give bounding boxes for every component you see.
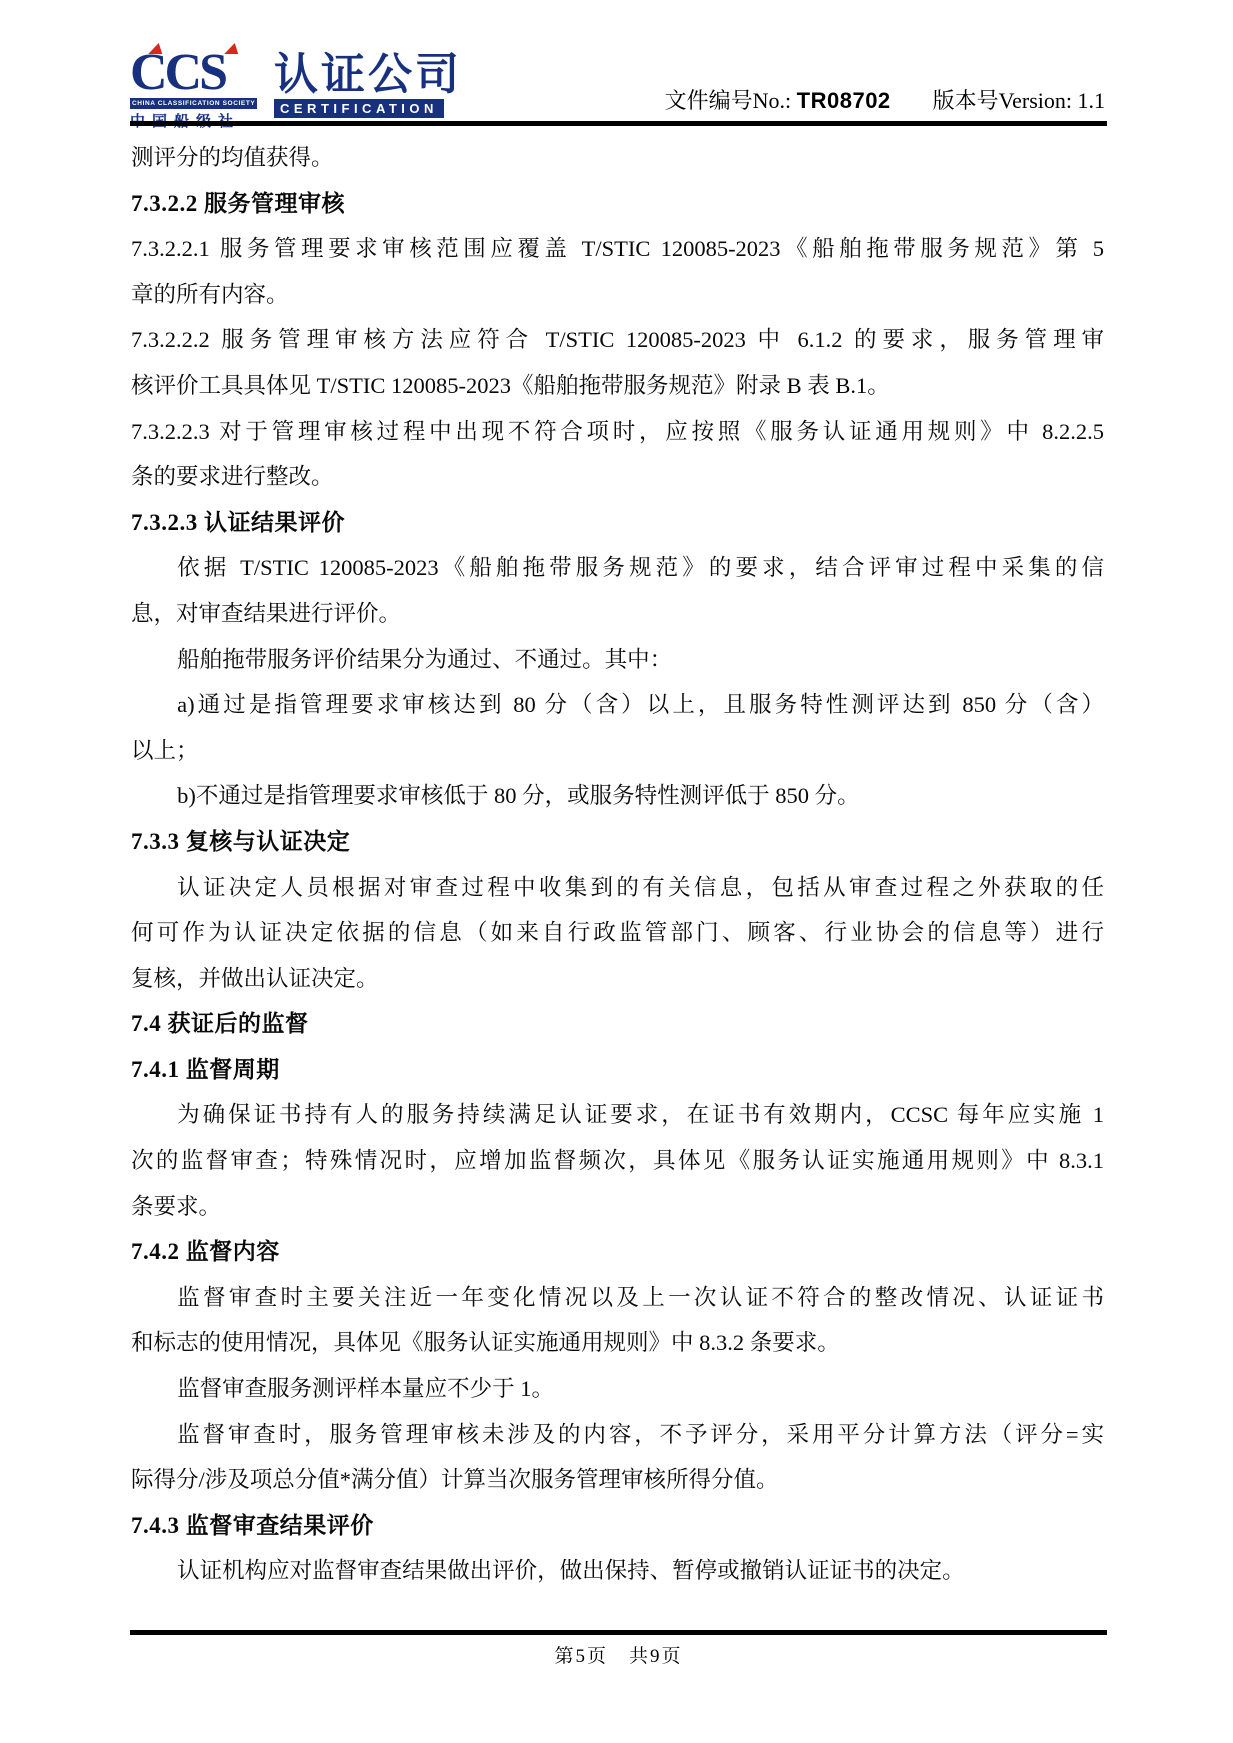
paragraph-line: b)不通过是指管理要求审核低于 80 分，或服务特性测评低于 850 分。	[131, 773, 1104, 819]
paragraph-line: a)通过是指管理要求审核达到 80 分（含）以上，且服务特性测评达到 850 分…	[131, 682, 1104, 728]
paragraph: 7.3.2.2.1 服务管理要求审核范围应覆盖 T/STIC 120085-20…	[131, 226, 1104, 317]
document-page: CCS CHINA CLASSIFICATION SOCIETY 中国船级社 认…	[0, 0, 1233, 1743]
ccs-society-block: CCS CHINA CLASSIFICATION SOCIETY 中国船级社	[130, 50, 260, 131]
version-value: 1.1	[1078, 88, 1106, 113]
doc-number-label: 文件编号No.:	[665, 88, 797, 113]
paragraph-line: 章的所有内容。	[131, 272, 1104, 318]
paragraph: 监督审查时，服务管理审核未涉及的内容，不予评分，采用平分计算方法（评分=实际得分…	[131, 1412, 1104, 1503]
heading-line: 7.3.2.2 服务管理审核	[131, 181, 1104, 227]
page-number: 第5页 共9页	[130, 1641, 1107, 1668]
section-heading: 7.3.3 复核与认证决定	[131, 819, 1104, 865]
paragraph: 监督审查服务测评样本量应不少于 1。	[131, 1366, 1104, 1412]
heading-line: 7.4.1 监督周期	[131, 1047, 1104, 1093]
paragraph-line: 核评价工具具体见 T/STIC 120085-2023《船舶拖带服务规范》附录 …	[131, 363, 1104, 409]
paragraph-line: 次的监督审查；特殊情况时，应增加监督频次，具体见《服务认证实施通用规则》中 8.…	[131, 1138, 1104, 1184]
certification-company-block: 认证公司 CERTIFICATION	[274, 54, 462, 118]
paragraph: a)通过是指管理要求审核达到 80 分（含）以上，且服务特性测评达到 850 分…	[131, 682, 1104, 773]
footer-rule	[130, 1630, 1107, 1635]
paragraph-line: 测评分的均值获得。	[131, 135, 1104, 181]
section-heading: 7.3.2.2 服务管理审核	[131, 181, 1104, 227]
paragraph-line: 船舶拖带服务评价结果分为通过、不通过。其中：	[131, 637, 1104, 683]
section-heading: 7.4 获证后的监督	[131, 1001, 1104, 1047]
heading-line: 7.3.3 复核与认证决定	[131, 819, 1104, 865]
document-body: 测评分的均值获得。7.3.2.2 服务管理审核7.3.2.2.1 服务管理要求审…	[131, 135, 1104, 1594]
paragraph-line: 和标志的使用情况，具体见《服务认证实施通用规则》中 8.3.2 条要求。	[131, 1320, 1104, 1366]
section-heading: 7.3.2.3 认证结果评价	[131, 500, 1104, 546]
ccs-acronym: CCS	[130, 50, 260, 96]
paragraph: 7.3.2.2.3 对于管理审核过程中出现不符合项时，应按照《服务认证通用规则》…	[131, 409, 1104, 500]
paragraph: 船舶拖带服务评价结果分为通过、不通过。其中：	[131, 637, 1104, 683]
heading-line: 7.4 获证后的监督	[131, 1001, 1104, 1047]
paragraph-line: 7.3.2.2.2 服务管理审核方法应符合 T/STIC 120085-2023…	[131, 317, 1104, 363]
paragraph: 认证机构应对监督审查结果做出评价，做出保持、暂停或撤销认证证书的决定。	[131, 1548, 1104, 1594]
paragraph-line: 为确保证书持有人的服务持续满足认证要求，在证书有效期内，CCSC 每年应实施 1	[131, 1092, 1104, 1138]
section-heading: 7.4.3 监督审查结果评价	[131, 1503, 1104, 1549]
paragraph-line: 认证机构应对监督审查结果做出评价，做出保持、暂停或撤销认证证书的决定。	[131, 1548, 1104, 1594]
section-heading: 7.4.1 监督周期	[131, 1047, 1104, 1093]
heading-line: 7.4.3 监督审查结果评价	[131, 1503, 1104, 1549]
paragraph-line: 何可作为认证决定依据的信息（如来自行政监管部门、顾客、行业协会的信息等）进行	[131, 910, 1104, 956]
paragraph: 7.3.2.2.2 服务管理审核方法应符合 T/STIC 120085-2023…	[131, 317, 1104, 408]
heading-line: 7.3.2.3 认证结果评价	[131, 500, 1104, 546]
paragraph: 为确保证书持有人的服务持续满足认证要求，在证书有效期内，CCSC 每年应实施 1…	[131, 1092, 1104, 1229]
paragraph-line: 7.3.2.2.3 对于管理审核过程中出现不符合项时，应按照《服务认证通用规则》…	[131, 409, 1104, 455]
version-label: 版本号Version:	[933, 88, 1078, 113]
paragraph-line: 监督审查时主要关注近一年变化情况以及上一次认证不符合的整改情况、认证证书	[131, 1275, 1104, 1321]
paragraph-line: 以上；	[131, 728, 1104, 774]
paragraph: 监督审查时主要关注近一年变化情况以及上一次认证不符合的整改情况、认证证书和标志的…	[131, 1275, 1104, 1366]
paragraph-line: 依据 T/STIC 120085-2023《船舶拖带服务规范》的要求，结合评审过…	[131, 545, 1104, 591]
certification-company-cn: 认证公司	[274, 54, 462, 96]
paragraph-line: 监督审查服务测评样本量应不少于 1。	[131, 1366, 1104, 1412]
paragraph-line: 际得分/涉及项总分值*满分值）计算当次服务管理审核所得分值。	[131, 1457, 1104, 1503]
ccs-society-name-en: CHINA CLASSIFICATION SOCIETY	[130, 98, 257, 109]
header-rule	[130, 121, 1107, 126]
doc-number-value: TR08702	[797, 88, 891, 113]
certification-company-en: CERTIFICATION	[274, 99, 444, 118]
paragraph: b)不通过是指管理要求审核低于 80 分，或服务特性测评低于 850 分。	[131, 773, 1104, 819]
paragraph-line: 监督审查时，服务管理审核未涉及的内容，不予评分，采用平分计算方法（评分=实	[131, 1412, 1104, 1458]
heading-line: 7.4.2 监督内容	[131, 1229, 1104, 1275]
paragraph-line: 复核，并做出认证决定。	[131, 956, 1104, 1002]
paragraph: 依据 T/STIC 120085-2023《船舶拖带服务规范》的要求，结合评审过…	[131, 545, 1104, 636]
document-meta: 文件编号No.: TR08702版本号Version: 1.1	[665, 84, 1105, 115]
paragraph: 认证决定人员根据对审查过程中收集到的有关信息，包括从审查过程之外获取的任何可作为…	[131, 865, 1104, 1002]
paragraph-line: 认证决定人员根据对审查过程中收集到的有关信息，包括从审查过程之外获取的任	[131, 865, 1104, 911]
paragraph-line: 条要求。	[131, 1184, 1104, 1230]
paragraph-line: 息，对审查结果进行评价。	[131, 591, 1104, 637]
paragraph-line: 条的要求进行整改。	[131, 454, 1104, 500]
section-heading: 7.4.2 监督内容	[131, 1229, 1104, 1275]
paragraph: 测评分的均值获得。	[131, 135, 1104, 181]
paragraph-line: 7.3.2.2.1 服务管理要求审核范围应覆盖 T/STIC 120085-20…	[131, 226, 1104, 272]
